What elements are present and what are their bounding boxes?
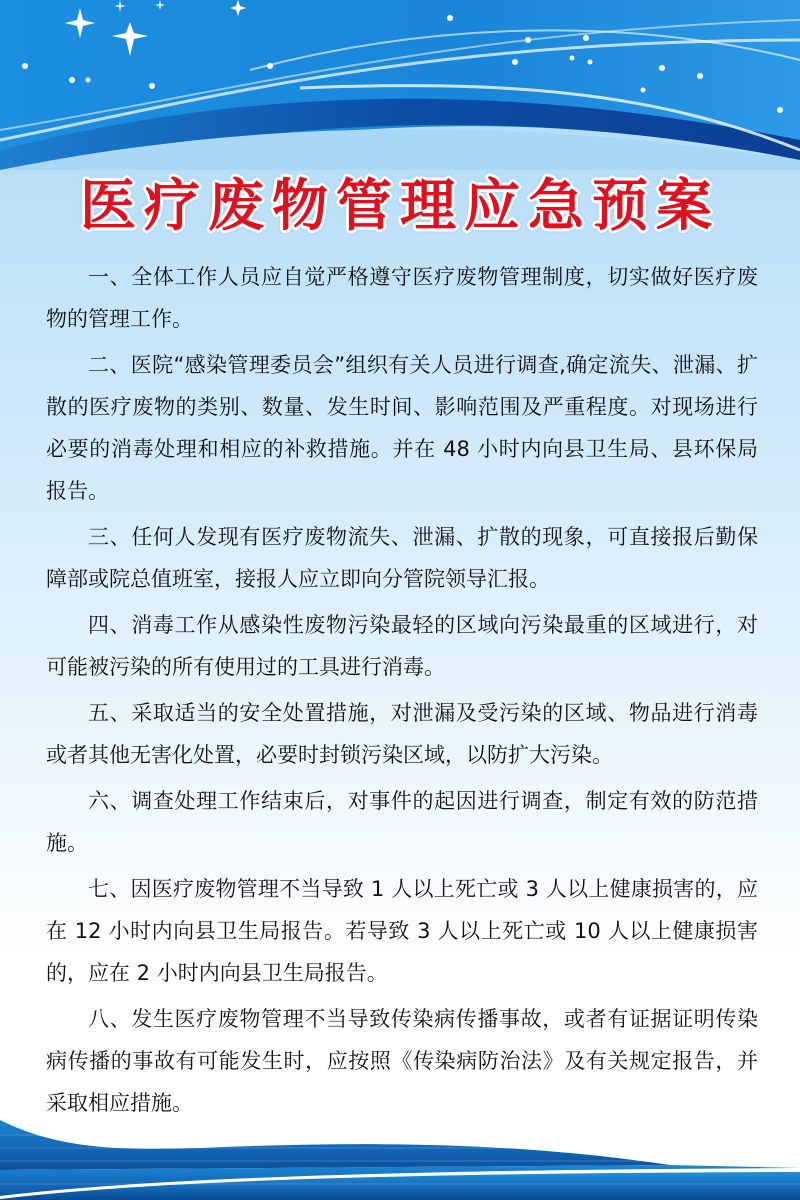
paragraph-1: 一、全体工作人员应自觉严格遵守医疗废物管理制度，切实做好医疗废物的管理工作。 [46,256,758,340]
footer-decoration [0,1060,800,1200]
paragraph-5: 五、采取适当的安全处置措施，对泄漏及受污染的区域、物品进行消毒或者其他无害化处置… [46,692,758,776]
header-decoration [0,0,800,170]
paragraph-2: 二、医院“感染管理委员会”组织有关人员进行调查,确定流失、泄漏、扩散的医疗废物的… [46,344,758,512]
document-body: 一、全体工作人员应自觉严格遵守医疗废物管理制度，切实做好医疗废物的管理工作。 二… [46,256,758,1128]
paragraph-4: 四、消毒工作从感染性废物污染最轻的区域向污染最重的区域进行，对可能被污染的所有使… [46,604,758,688]
paragraph-3: 三、任何人发现有医疗废物流失、泄漏、扩散的现象，可直接报后勤保障部或院总值班室，… [46,516,758,600]
paragraph-7: 七、因医疗废物管理不当导致 1 人以上死亡或 3 人以上健康损害的，应在 12 … [46,868,758,994]
paragraph-6: 六、调查处理工作结束后，对事件的起因进行调查，制定有效的防范措施。 [46,780,758,864]
page-title: 医疗废物管理应急预案 [0,162,800,242]
